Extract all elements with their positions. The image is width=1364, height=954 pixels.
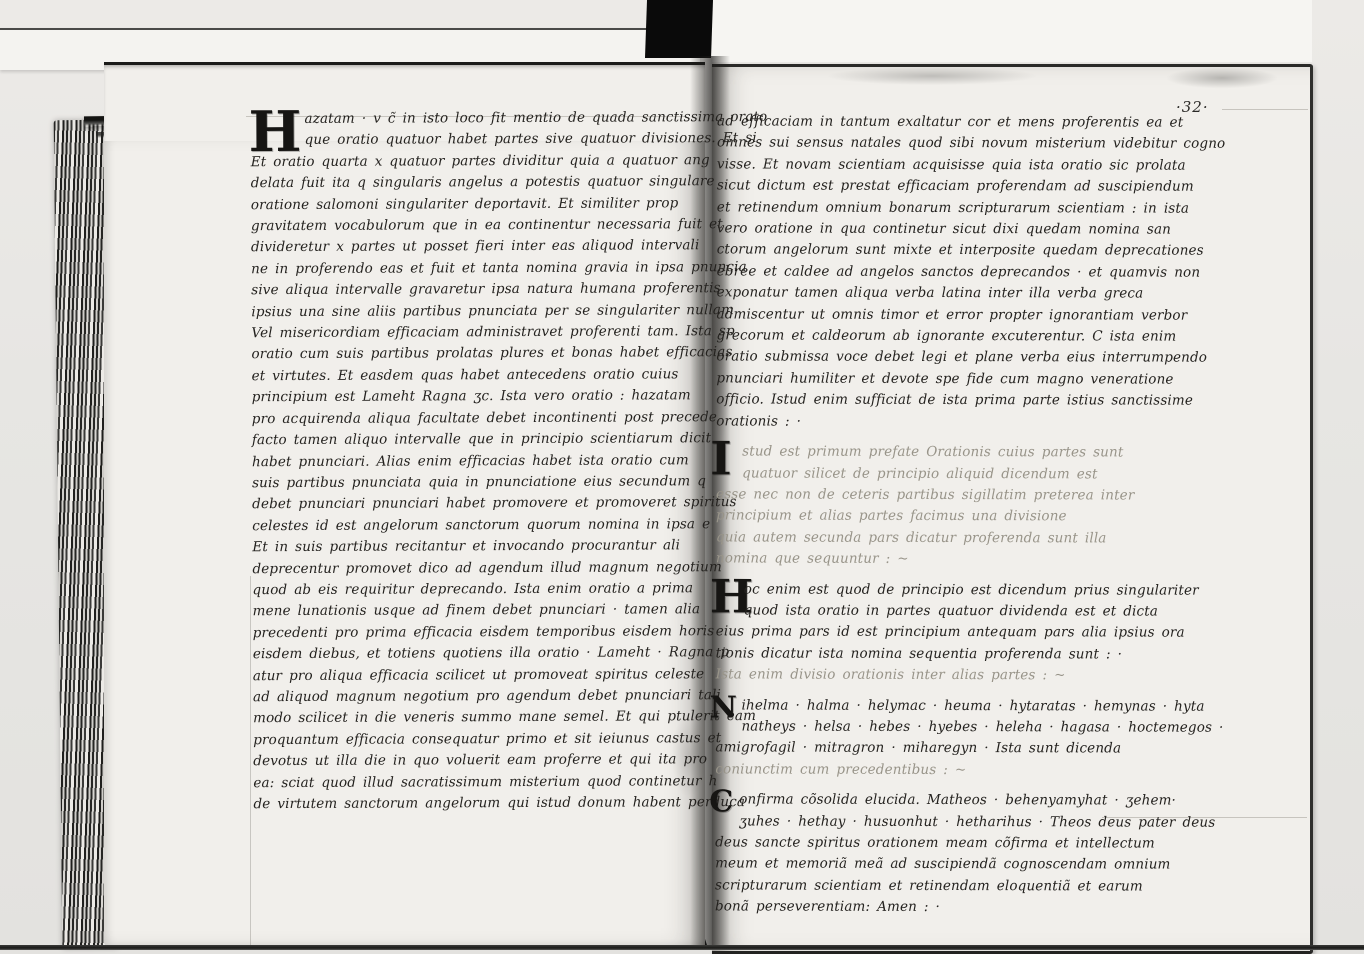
manuscript-line: omnes sui sensus natales quod sibi novum…: [717, 133, 1225, 156]
book-bottom-edge: [0, 945, 1364, 950]
manuscript-line: sive aliqua intervalle gravaretur ipsa n…: [251, 278, 768, 302]
manuscript-line: deprecentur promovet dico ad agendum ill…: [252, 556, 769, 580]
top-edge-smudge: [1142, 63, 1302, 93]
manuscript-line: bonã perseverentiam: Amen : ·: [715, 896, 1223, 919]
manuscript-paragraph: Hoc enim est quod de principio est dicen…: [716, 579, 1225, 687]
manuscript-line: proquantum efficacia consequatur primo e…: [253, 727, 770, 751]
manuscript-line: ihelma · halma · helymac · heuma · hytar…: [741, 695, 1223, 718]
manuscript-line: vero oratione in qua continetur sicut di…: [717, 218, 1225, 241]
page-crease: [250, 576, 251, 946]
manuscript-line: sicut dictum est prestat efficaciam prof…: [717, 175, 1225, 198]
manuscript-line: ebree et caldee ad angelos sanctos depre…: [717, 261, 1225, 284]
manuscript-line: scripturarum scientiam et retinendam elo…: [715, 875, 1223, 898]
manuscript-line: oratio cum suis partibus prolatas plures…: [251, 342, 768, 366]
manuscript-line: modo scilicet in die veneris summo mane …: [253, 706, 770, 730]
manuscript-line: que oratio quatuor habet partes sive qua…: [305, 128, 768, 152]
manuscript-line: oratio submissa voce debet legi et plane…: [716, 347, 1224, 370]
manuscript-paragraph: Confirma cõsolida elucida. Matheos · be…: [715, 790, 1224, 920]
manuscript-line: atur pro aliqua efficacia scilicet ut pr…: [253, 663, 770, 687]
manuscript-line: Ista enim divisio orationis inter alias …: [716, 664, 1224, 687]
photo-backdrop: ·32· Hazatam · v c̃ in isto loco fit men…: [0, 0, 1364, 954]
manuscript-line: meum et memoriã meã ad suscipiendã co…: [715, 854, 1223, 877]
manuscript-line: habet pnunciari. Alias enim efficacias h…: [252, 449, 769, 473]
underpage-edge-right: [712, 0, 1312, 62]
manuscript-line: ctorum angelorum sunt mixte et interposi…: [717, 240, 1225, 263]
manuscript-line: pnunciari humiliter et devote spe fide c…: [716, 368, 1224, 391]
left-page-text: Hazatam · v c̃ in isto loco fit mentio d…: [250, 107, 770, 825]
manuscript-line: ne in proferendo eas et fuit et tanta no…: [251, 257, 768, 281]
top-edge-smudge: [782, 63, 1082, 89]
manuscript-line: et retinendum omnium bonarum scripturaru…: [717, 197, 1225, 220]
manuscript-line: coniunctim cum precedentibus : ~: [715, 759, 1223, 782]
manuscript-line: eius prima pars id est principium antequ…: [716, 621, 1224, 644]
illuminated-initial: C: [709, 788, 733, 818]
manuscript-line: azatam · v c̃ in isto loco fit mentio de…: [304, 107, 767, 131]
manuscript-paragraph: ad efficaciam in tantum exaltatur cor et…: [716, 111, 1225, 433]
manuscript-line: quia autem secunda pars dicatur proferen…: [716, 527, 1224, 550]
manuscript-line: ipsius una sine aliis partibus pnunciata…: [251, 299, 768, 323]
manuscript-line: ea: sciat quod illud sacratissimum miste…: [253, 770, 770, 794]
manuscript-line: quod ista oratio in partes quatuor divid…: [744, 600, 1224, 623]
manuscript-line: Et in suis partibus recitantur et invoca…: [252, 535, 769, 559]
manuscript-line: de virtutem sanctorum angelorum qui istu…: [253, 792, 770, 816]
manuscript-line: exponatur tamen aliqua verba latina inte…: [717, 282, 1225, 305]
manuscript-line: oc enim est quod de principio est dicend…: [744, 579, 1224, 602]
manuscript-paragraph: Hazatam · v c̃ in isto loco fit mentio d…: [250, 107, 770, 816]
manuscript-line: quatuor silicet de principio aliquid dic…: [742, 463, 1224, 486]
manuscript-line: principium et alias partes facimus una d…: [716, 505, 1224, 528]
manuscript-paragraph: Istud est primum prefate Orationis cuius…: [716, 441, 1225, 571]
manuscript-line: delata fuit ita q singularis angelus a p…: [251, 171, 768, 195]
manuscript-line: oratione salomoni singulariter deportavi…: [251, 192, 768, 216]
manuscript-line: orationis : ·: [716, 411, 1224, 434]
manuscript-line: onfirma cõsolida elucida. Matheos · beh…: [739, 789, 1223, 812]
ruled-line: [1222, 109, 1308, 110]
right-page-text: ad efficaciam in tantum exaltatur cor et…: [715, 111, 1226, 928]
manuscript-paragraph: Nihelma · halma · helymac · heuma · hyta…: [715, 695, 1224, 782]
manuscript-line: Et oratio quarta x quatuor partes dividi…: [251, 149, 768, 173]
manuscript-line: visse. Et novam scientiam acquisisse qui…: [717, 154, 1225, 177]
manuscript-line: debet pnunciari pnunciari habet promover…: [252, 492, 769, 516]
manuscript-line: facto tamen aliquo intervalle que in pri…: [252, 428, 769, 452]
manuscript-line: deus sancte spiritus orationem meam cõf…: [715, 832, 1223, 855]
manuscript-line: nomina que sequuntur : ~: [716, 548, 1224, 571]
manuscript-line: mene lunationis usque ad finem debet pnu…: [253, 599, 770, 623]
manuscript-line: celestes id est angelorum sanctorum quor…: [252, 513, 769, 537]
manuscript-line: ad efficaciam in tantum exaltatur cor et…: [717, 111, 1225, 134]
manuscript-line: stud est primum prefate Orationis cuius …: [742, 441, 1224, 464]
illuminated-initial: N: [709, 693, 737, 723]
manuscript-line: pro acquirenda aliqua facultate debet in…: [252, 406, 769, 430]
manuscript-line: grecorum et caldeorum ab ignorante excut…: [716, 325, 1224, 348]
manuscript-line: natheys · helsa · hebes · hyebes · heleh…: [741, 716, 1223, 739]
illuminated-initial: I: [710, 435, 732, 481]
manuscript-line: divideretur x partes ut posset fieri int…: [251, 235, 768, 259]
bookmark-ribbon-top: [645, 0, 713, 58]
manuscript-line: tionis dicatur ista nomina sequentia pro…: [716, 643, 1224, 666]
manuscript-line: amigrofagil · mitragron · miharegyn · Is…: [715, 737, 1223, 760]
manuscript-line: precedenti pro prima efficacia eisdem te…: [253, 620, 770, 644]
manuscript-line: eisdem diebus, et totiens quotiens illa …: [253, 642, 770, 666]
manuscript-line: admiscentur ut omnis timor et error prop…: [717, 304, 1225, 327]
manuscript-line: devotus ut illa die in quo voluerit eam …: [253, 749, 770, 773]
manuscript-line: principium est Lameht Ragna ʒc. Ista ver…: [252, 385, 769, 409]
manuscript-line: esse nec non de ceteris partibus sigilla…: [716, 484, 1224, 507]
manuscript-line: ʒuhes · hethay · husuonhut · hetharihus …: [739, 811, 1223, 834]
manuscript-line: officio. Istud enim sufficiat de ista pr…: [716, 389, 1224, 412]
